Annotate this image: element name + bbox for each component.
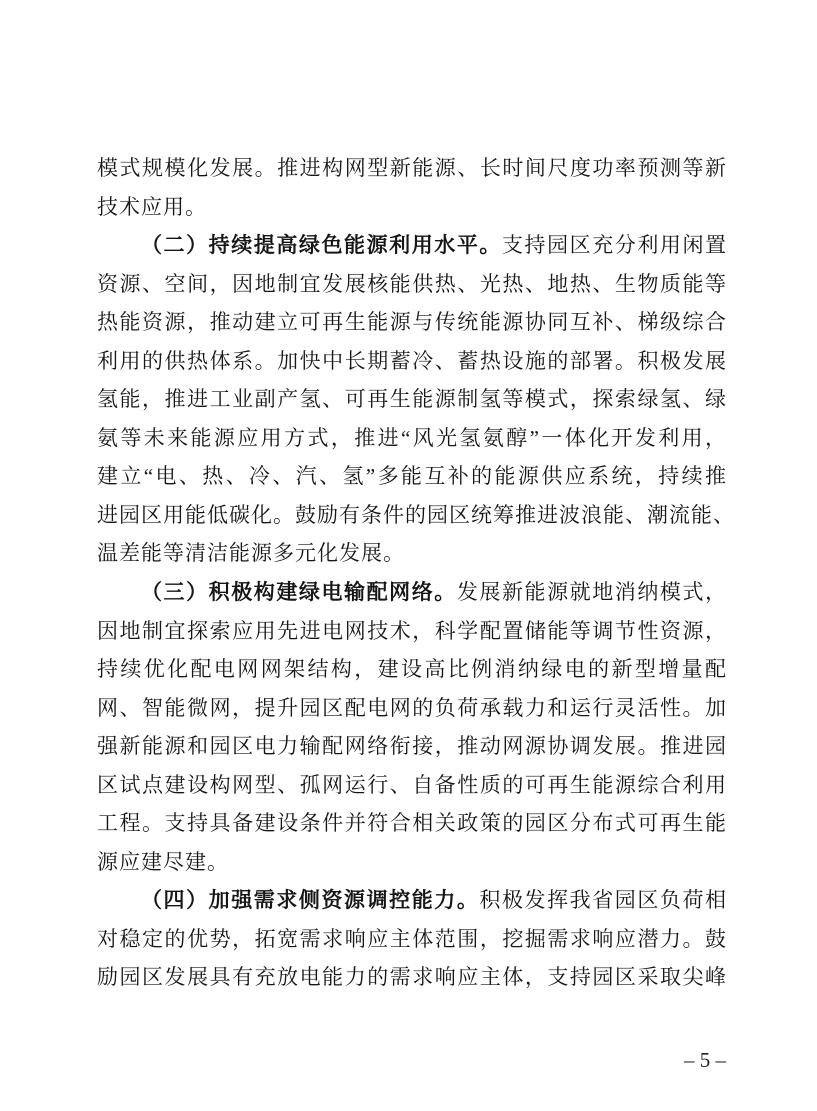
body-text-segment: 源应建尽建。 bbox=[97, 850, 229, 874]
text-line: 氨等未来能源应用方式，推进“风光氢氨醇”一体化开发利用， bbox=[97, 419, 727, 458]
body-text-segment: 资源、空间，因地制宜发展核能供热、光热、地热、生物质能等 bbox=[97, 272, 727, 296]
body-text-segment: 强新能源和园区电力输配网络衔接，推动网源协调发展。推进园 bbox=[97, 734, 727, 758]
text-line: 网、智能微网，提升园区配电网的负荷承载力和运行灵活性。加 bbox=[97, 689, 727, 728]
body-text-segment: 发展新能源就地消纳模式， bbox=[457, 580, 727, 604]
section-heading-text: （四）加强需求侧资源调控能力。 bbox=[141, 888, 479, 912]
body-text-segment: 积极发挥我省园区负荷相 bbox=[479, 888, 727, 912]
text-line: 进园区用能低碳化。鼓励有条件的园区统筹推进波浪能、潮流能、 bbox=[97, 496, 727, 535]
text-line: 温差能等清洁能源多元化发展。 bbox=[97, 534, 727, 573]
section-heading-text: （二）持续提高绿色能源利用水平。 bbox=[141, 233, 502, 257]
text-line: 热能资源，推动建立可再生能源与传统能源协同互补、梯级综合 bbox=[97, 303, 727, 342]
text-line: 持续优化配电网网架结构，建设高比例消纳绿电的新型增量配 bbox=[97, 650, 727, 689]
body-text-segment: 励园区发展具有充放电能力的需求响应主体，支持园区采取尖峰 bbox=[97, 965, 727, 989]
body-text-segment: 因地制宜探索应用先进电网技术，科学配置储能等调节性资源， bbox=[97, 619, 727, 643]
text-line: 强新能源和园区电力输配网络衔接，推动网源协调发展。推进园 bbox=[97, 727, 727, 766]
body-text-segment: 区试点建设构网型、孤网运行、自备性质的可再生能源综合利用 bbox=[97, 773, 727, 797]
body-text-segment: 温差能等清洁能源多元化发展。 bbox=[97, 541, 405, 565]
body-text-segment: 利用的供热体系。加快中长期蓄冷、蓄热设施的部署。积极发展 bbox=[97, 349, 727, 373]
body-text-segment: 模式规模化发展。推进构网型新能源、长时间尺度功率预测等新 bbox=[97, 156, 727, 180]
text-line: 区试点建设构网型、孤网运行、自备性质的可再生能源综合利用 bbox=[97, 766, 727, 805]
text-line: 工程。支持具备建设条件并符合相关政策的园区分布式可再生能 bbox=[97, 804, 727, 843]
text-line: 氢能，推进工业副产氢、可再生能源制氢等模式，探索绿氢、绿 bbox=[97, 380, 727, 419]
body-text-segment: 进园区用能低碳化。鼓励有条件的园区统筹推进波浪能、潮流能、 bbox=[97, 503, 735, 527]
body-text-segment: 建立“电、热、冷、汽、氢”多能互补的能源供应系统，持续推 bbox=[97, 464, 727, 488]
page-number: – 5 – bbox=[620, 1046, 790, 1074]
text-line: 对稳定的优势，拓宽需求响应主体范围，挖掘需求响应潜力。鼓 bbox=[97, 920, 727, 959]
text-line: 利用的供热体系。加快中长期蓄冷、蓄热设施的部署。积极发展 bbox=[97, 342, 727, 381]
document-page: 模式规模化发展。推进构网型新能源、长时间尺度功率预测等新技术应用。（二）持续提高… bbox=[0, 0, 817, 1111]
body-text-segment: 持续优化配电网网架结构，建设高比例消纳绿电的新型增量配 bbox=[97, 657, 727, 681]
text-line: 励园区发展具有充放电能力的需求响应主体，支持园区采取尖峰 bbox=[97, 958, 727, 997]
body-text-segment: 氢能，推进工业副产氢、可再生能源制氢等模式，探索绿氢、绿 bbox=[97, 387, 727, 411]
text-line: 因地制宜探索应用先进电网技术，科学配置储能等调节性资源， bbox=[97, 612, 727, 651]
text-line: （四）加强需求侧资源调控能力。积极发挥我省园区负荷相 bbox=[97, 881, 727, 920]
text-line: 模式规模化发展。推进构网型新能源、长时间尺度功率预测等新 bbox=[97, 149, 727, 188]
text-line: 建立“电、热、冷、汽、氢”多能互补的能源供应系统，持续推 bbox=[97, 457, 727, 496]
body-text-segment: 热能资源，推动建立可再生能源与传统能源协同互补、梯级综合 bbox=[97, 310, 727, 334]
body-text-segment: 技术应用。 bbox=[97, 195, 207, 219]
text-line: 技术应用。 bbox=[97, 188, 727, 227]
text-line: （三）积极构建绿电输配网络。发展新能源就地消纳模式， bbox=[97, 573, 727, 612]
text-line: 源应建尽建。 bbox=[97, 843, 727, 882]
section-heading-text: （三）积极构建绿电输配网络。 bbox=[141, 580, 457, 604]
document-body: 模式规模化发展。推进构网型新能源、长时间尺度功率预测等新技术应用。（二）持续提高… bbox=[97, 149, 727, 997]
text-line: 资源、空间，因地制宜发展核能供热、光热、地热、生物质能等 bbox=[97, 265, 727, 304]
body-text-segment: 氨等未来能源应用方式，推进“风光氢氨醇”一体化开发利用， bbox=[97, 426, 727, 450]
body-text-segment: 工程。支持具备建设条件并符合相关政策的园区分布式可再生能 bbox=[97, 811, 727, 835]
body-text-segment: 支持园区充分利用闲置 bbox=[502, 233, 727, 257]
body-text-segment: 对稳定的优势，拓宽需求响应主体范围，挖掘需求响应潜力。鼓 bbox=[97, 927, 727, 951]
body-text-segment: 网、智能微网，提升园区配电网的负荷承载力和运行灵活性。加 bbox=[97, 696, 727, 720]
text-line: （二）持续提高绿色能源利用水平。支持园区充分利用闲置 bbox=[97, 226, 727, 265]
